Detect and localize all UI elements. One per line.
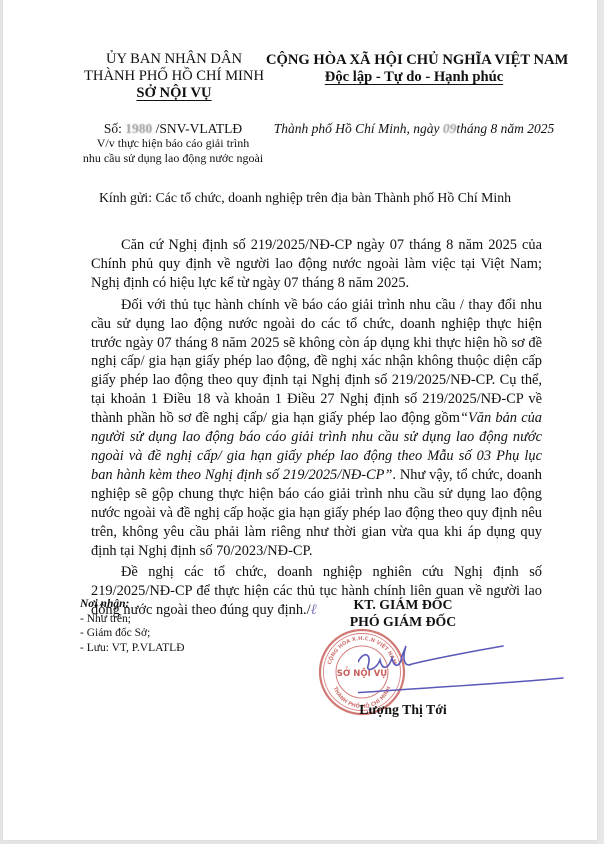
- recipients-title: Nơi nhận:: [80, 597, 280, 612]
- recipient-item: - Lưu: VT, P.VLATLĐ: [80, 641, 280, 656]
- recipient-item: - Giám đốc Sở;: [80, 626, 280, 641]
- document-page: ỦY BAN NHÂN DÂN THÀNH PHỐ HỒ CHÍ MINH SỞ…: [3, 0, 597, 840]
- nation-header: CỘNG HÒA XÃ HỘI CHỦ NGHĨA VIỆT NAM Độc l…: [266, 52, 562, 86]
- document-number: Số: 1980 /SNV-VLATLĐ: [63, 121, 283, 136]
- recipient-item: - Như trên;: [80, 612, 280, 627]
- agency-header: ỦY BAN NHÂN DÂN THÀNH PHỐ HỒ CHÍ MINH SỞ…: [58, 51, 290, 102]
- signature-title-1: KT. GIÁM ĐỐC: [303, 597, 503, 614]
- subject: V/v thực hiện báo cáo giải trình nhu cầu…: [63, 136, 283, 166]
- recipient-line: Kính gửi: Các tổ chức, doanh nghiệp trên…: [63, 190, 547, 206]
- motto: Độc lập - Tự do - Hạnh phúc: [325, 69, 503, 85]
- date-day: 09: [443, 121, 457, 136]
- page-edge: [599, 0, 604, 844]
- agency-line-2: THÀNH PHỐ HỒ CHÍ MINH: [58, 68, 290, 85]
- number-label: Số:: [104, 121, 122, 136]
- recipients-list: Nơi nhận: - Như trên; - Giám đốc Sở; - L…: [80, 597, 280, 655]
- agency-line-1: ỦY BAN NHÂN DÂN: [58, 51, 290, 68]
- paragraph-2: Đối với thủ tục hành chính về báo cáo gi…: [91, 296, 542, 561]
- agency-name: SỞ NỘI VỤ: [136, 85, 211, 101]
- signer-name: Lượng Thị Tới: [303, 702, 503, 718]
- signature-title: KT. GIÁM ĐỐC PHÓ GIÁM ĐỐC: [303, 597, 503, 630]
- nation-title: CỘNG HÒA XÃ HỘI CHỦ NGHĨA VIỆT NAM: [266, 52, 562, 69]
- subject-line-2: nhu cầu sử dụng lao động nước ngoài: [63, 151, 283, 166]
- paragraph-1: Căn cứ Nghị định số 219/2025/NĐ-CP ngày …: [91, 236, 542, 293]
- date-line: Thành phố Hồ Chí Minh, ngày 09tháng 8 nă…: [266, 121, 562, 137]
- number-suffix: /SNV-VLATLĐ: [156, 121, 243, 136]
- number-value: 1980: [125, 121, 152, 136]
- document-body: Căn cứ Nghị định số 219/2025/NĐ-CP ngày …: [91, 236, 542, 623]
- subject-line-1: V/v thực hiện báo cáo giải trình: [63, 136, 283, 151]
